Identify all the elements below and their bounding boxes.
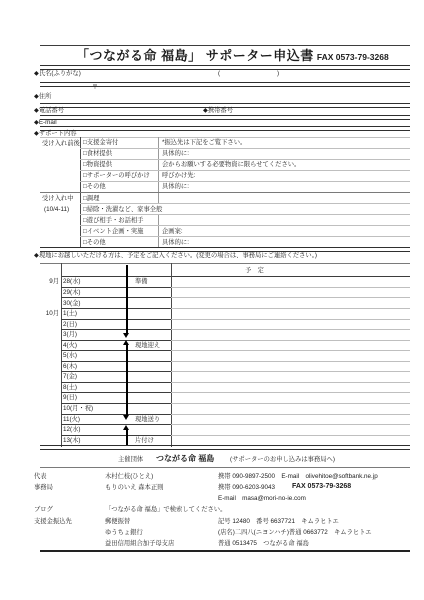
divider bbox=[171, 263, 172, 447]
schedule-date: 30(金) bbox=[63, 300, 81, 307]
timeline-arrow-prep bbox=[126, 265, 128, 334]
timeline-arrow-stay bbox=[126, 344, 128, 416]
option-detail: 会からお願いする必要物資に限らせてください。 bbox=[162, 161, 300, 168]
schedule-date: 3(月) bbox=[63, 331, 77, 338]
furigana-paren-open: ( bbox=[218, 70, 220, 77]
schedule-date: 29(木) bbox=[63, 289, 81, 296]
email-field-label: ◆E-mail bbox=[34, 119, 57, 126]
furigana-paren-close: ) bbox=[277, 70, 279, 77]
bank-account-detail: (店名)二四八(ニヨンハチ)普通 0663772 キムラヒトエ bbox=[218, 529, 372, 536]
divider bbox=[80, 170, 410, 171]
application-form-page: 「つながる命 福島」 サポーター申込書 → FAX 0573-79-3268 ◆… bbox=[0, 0, 424, 600]
checkbox-option: □その他 bbox=[83, 239, 106, 246]
schedule-date: 6(木) bbox=[63, 363, 77, 370]
schedule-date: 5(水) bbox=[63, 352, 77, 359]
office-fax: FAX 0573-79-3268 bbox=[292, 483, 351, 490]
address-field-label: ◆住所 bbox=[34, 93, 51, 100]
divider bbox=[80, 236, 410, 237]
divider bbox=[40, 45, 410, 46]
representative-name: 木村仁枝(ひとえ) bbox=[105, 473, 153, 480]
phone-field-label: ◆電話番号 bbox=[34, 107, 64, 114]
schedule-date: 10(月・祝) bbox=[63, 405, 93, 412]
office-label: 事務局 bbox=[34, 484, 53, 491]
timeline-arrow-cleanup bbox=[126, 429, 128, 446]
divider bbox=[80, 159, 410, 160]
divider bbox=[40, 126, 410, 131]
schedule-date: 2(日) bbox=[63, 321, 77, 328]
fax-number: → FAX 0573-79-3268 bbox=[306, 53, 389, 62]
phase-label-sendoff: 現地送り bbox=[135, 416, 160, 423]
schedule-date: 11(火) bbox=[63, 416, 80, 423]
support-group-during-dates: (10/4-11) bbox=[44, 206, 69, 213]
support-section-label: ◆サポート内容 bbox=[34, 130, 77, 137]
divider bbox=[80, 181, 410, 182]
divider bbox=[40, 137, 410, 138]
arrow-down-icon bbox=[123, 415, 129, 420]
bank-transfer-label: 支援金振込先 bbox=[34, 518, 72, 525]
schedule-date: 12(水) bbox=[63, 426, 81, 433]
checkbox-option: □イベント企画・実施 bbox=[83, 228, 143, 235]
divider bbox=[80, 203, 410, 204]
divider bbox=[40, 65, 410, 70]
divider bbox=[40, 263, 410, 264]
schedule-date: 4(火) bbox=[63, 342, 77, 349]
checkbox-option: □遊び相手・お話相手 bbox=[83, 217, 143, 224]
bank-account-name: 益田信用組合加子母支店 bbox=[105, 540, 174, 547]
divider bbox=[61, 263, 62, 447]
organizer-label: 主催団体 bbox=[118, 456, 143, 463]
organizer-note: (サポーターのお申し込みは事務局へ) bbox=[230, 456, 335, 463]
schedule-date: 7(金) bbox=[63, 373, 77, 380]
page-title: 「つながる命 福島」 サポーター申込書 bbox=[76, 49, 314, 63]
divider bbox=[80, 148, 410, 149]
divider bbox=[40, 192, 410, 193]
option-detail: 企画案: bbox=[162, 228, 183, 235]
phase-label-prep: 準備 bbox=[135, 278, 148, 285]
checkbox-option: □食材提供 bbox=[83, 150, 112, 157]
option-detail: 具体的に: bbox=[162, 150, 189, 157]
schedule-date: 28(水) bbox=[63, 278, 81, 285]
phase-label-pickup: 現地迎え bbox=[135, 342, 160, 349]
mobile-field-label: ◆携帯番号 bbox=[203, 107, 233, 114]
option-detail: 具体的に: bbox=[162, 183, 189, 190]
divider bbox=[61, 276, 410, 277]
blog-text: 「つながる命 福島」で検索してください。 bbox=[105, 506, 226, 513]
checkbox-option: □物資提供 bbox=[83, 161, 112, 168]
blog-label: ブログ bbox=[34, 506, 53, 513]
schedule-date: 8(土) bbox=[63, 384, 77, 391]
postal-mark: 〒 bbox=[92, 85, 98, 92]
phase-label-cleanup: 片付け bbox=[135, 437, 154, 444]
checkbox-option: □支援金寄付 bbox=[83, 139, 118, 146]
schedule-date: 9(日) bbox=[63, 394, 77, 401]
divider bbox=[40, 467, 410, 468]
checkbox-option: □掃除・洗濯など、家事全般 bbox=[83, 206, 162, 213]
bank-account-name: ゆうちょ銀行 bbox=[105, 529, 143, 536]
divider bbox=[80, 225, 410, 226]
name-field-label: ◆氏名(ふりがな) bbox=[34, 70, 81, 77]
plan-column-header: 予 定 bbox=[245, 267, 264, 274]
bank-account-name: 郵便振替 bbox=[105, 518, 130, 525]
office-mobile: 携帯 090-6203-9043 bbox=[218, 484, 275, 491]
checkbox-option: □調理 bbox=[83, 195, 99, 202]
option-detail: 呼びかけ先: bbox=[162, 172, 195, 179]
option-detail: 具体的に: bbox=[162, 239, 189, 246]
divider bbox=[40, 550, 410, 552]
schedule-date: 13(木) bbox=[63, 437, 81, 444]
office-email: E-mail masa@mori-no-ie.com bbox=[218, 495, 306, 502]
bank-account-detail: 記号 12480 番号 6637721 キムラヒトエ bbox=[218, 518, 339, 525]
option-detail: *振込先は下記をご覧下さい。 bbox=[162, 139, 246, 146]
month-label: 9月 bbox=[36, 278, 59, 285]
checkbox-option: □その他 bbox=[83, 183, 106, 190]
schedule-date: 1(土) bbox=[63, 310, 77, 317]
divider bbox=[40, 115, 410, 120]
support-group-before-after-label: 受け入れ前後 bbox=[42, 140, 80, 147]
bank-account-detail: 普通 0513475 つながる命 福島 bbox=[218, 540, 309, 547]
arrow-down-icon bbox=[123, 333, 129, 338]
divider bbox=[80, 214, 410, 215]
month-label: 10月 bbox=[36, 310, 59, 317]
office-name: もりのいえ 森本正則 bbox=[105, 484, 163, 491]
divider bbox=[40, 445, 410, 450]
schedule-note: ◆現地にお越しいただける方は、予定をご記入ください。(変更の場合は、事務局にご連… bbox=[34, 252, 317, 259]
divider bbox=[158, 214, 159, 247]
representative-contact: 携帯 090-9897-2500 E-mail olivehitoe@softb… bbox=[218, 473, 378, 480]
organizer-name: つながる命 福島 bbox=[156, 454, 214, 463]
representative-label: 代表 bbox=[34, 473, 47, 480]
checkbox-option: □サポーターの呼びかけ bbox=[83, 172, 150, 179]
support-group-during-label: 受け入れ中 bbox=[42, 195, 73, 202]
